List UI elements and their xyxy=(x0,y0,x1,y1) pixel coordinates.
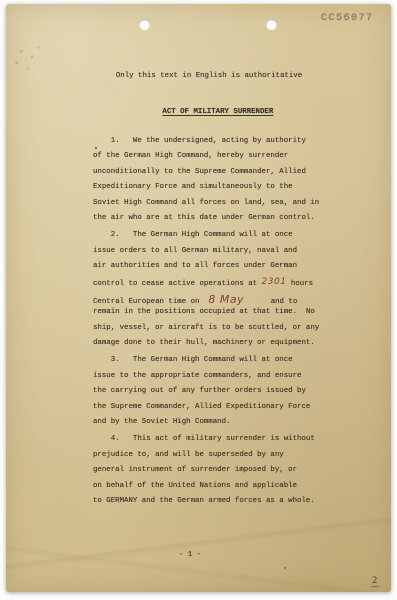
text-line: the air who are at this date under Germa… xyxy=(93,214,327,229)
typed-text: the air who are at this date under Germa… xyxy=(93,214,315,222)
typed-text: 2. The German High Command will at once xyxy=(93,231,293,239)
handwritten-text: 8 May xyxy=(208,293,244,306)
text-line: Central European time on 8 May and to xyxy=(93,293,327,308)
text-line: issue orders to all German military, nav… xyxy=(93,247,327,262)
text-line: air authorities and to all forces under … xyxy=(93,262,327,277)
page-number: - 1 - xyxy=(160,551,220,559)
text-line: unconditionally to the Supreme Commander… xyxy=(93,168,327,183)
typed-text: hours xyxy=(286,280,313,288)
text-line: on behalf of the United Nations and appl… xyxy=(93,482,327,497)
typed-text: issue to the appropriate commanders, and… xyxy=(93,372,301,380)
typed-text: damage done to their hull, machinery or … xyxy=(93,339,315,347)
typed-text: the Supreme Commander, Allied Expedition… xyxy=(93,403,310,411)
paragraph: 3. The German High Command will at oncei… xyxy=(93,356,327,433)
document-title-text: ACT OF MILITARY SURRENDER xyxy=(162,108,273,116)
text-line: control to cease active operations at 23… xyxy=(93,278,327,293)
text-line: ship, vessel, or aircraft is to be scutt… xyxy=(93,324,327,339)
text-line: prejudice to, and will be superseded by … xyxy=(93,451,327,466)
text-line: the carrying out of any further orders i… xyxy=(93,387,327,402)
typed-text: of the German High Command, hereby surre… xyxy=(93,152,288,160)
typed-text: Expeditionary Force and simultaneously t… xyxy=(93,183,293,191)
typed-text: prejudice to, and will be superseded by … xyxy=(93,451,284,459)
reference-number-stamp: CC56077 xyxy=(321,13,374,24)
paragraph: 1. We the undersigned, acting by authori… xyxy=(93,137,327,229)
text-line: and by the Soviet High Command. xyxy=(93,418,327,433)
typed-text: to GERMANY and the German armed forces a… xyxy=(93,497,315,505)
text-line: 4. This act of military surrender is wit… xyxy=(93,435,327,450)
typed-text: control to cease active operations at xyxy=(93,280,262,288)
typed-text: general instrument of surrender imposed … xyxy=(93,466,297,474)
text-line: remain in the positions occupied at that… xyxy=(93,308,327,323)
paragraph: 2. The German High Command will at oncei… xyxy=(93,231,327,354)
typed-text: 4. This act of military surrender is wit… xyxy=(93,435,315,443)
text-line: damage done to their hull, machinery or … xyxy=(93,339,327,354)
text-line: Soviet High Command all forces on land, … xyxy=(93,199,327,214)
handwritten-text: 2301 xyxy=(262,277,287,287)
smudge-mark xyxy=(8,40,52,78)
typed-text: issue orders to all German military, nav… xyxy=(93,247,297,255)
text-line: general instrument of surrender imposed … xyxy=(93,466,327,481)
text-line: to GERMANY and the German armed forces a… xyxy=(93,497,327,512)
text-line: 2. The German High Command will at once xyxy=(93,231,327,246)
typed-text: remain in the positions occupied at that… xyxy=(93,308,315,316)
typed-text: on behalf of the United Nations and appl… xyxy=(93,482,297,490)
typed-text: Central European time on xyxy=(93,298,208,306)
punch-hole-left xyxy=(139,19,150,30)
typed-text: Soviet High Command all forces on land, … xyxy=(93,199,319,207)
ink-speck xyxy=(284,567,286,569)
text-line: Expeditionary Force and simultaneously t… xyxy=(93,183,327,198)
text-line: 3. The German High Command will at once xyxy=(93,356,327,371)
typed-text: the carrying out of any further orders i… xyxy=(93,387,306,395)
typed-text: 3. The German High Command will at once xyxy=(93,356,293,364)
text-line: issue to the appropriate commanders, and… xyxy=(93,372,327,387)
paragraph: 4. This act of military surrender is wit… xyxy=(93,435,327,512)
typed-text: and by the Soviet High Command. xyxy=(93,418,231,426)
text-line: of the German High Command, hereby surre… xyxy=(93,152,327,167)
document-scan: CC56077 Only this text in English is aut… xyxy=(0,0,397,600)
document-title: ACT OF MILITARY SURRENDER xyxy=(89,100,329,124)
text-line: the Supreme Commander, Allied Expedition… xyxy=(93,403,327,418)
typed-text: 1. We the undersigned, acting by authori… xyxy=(93,137,306,145)
text-line: 1. We the undersigned, acting by authori… xyxy=(93,137,327,152)
typed-text: air authorities and to all forces under … xyxy=(93,262,297,270)
document-body: 1. We the undersigned, acting by authori… xyxy=(93,137,327,512)
typed-text: unconditionally to the Supreme Commander… xyxy=(93,168,306,176)
pencil-mark: 2 xyxy=(371,576,379,588)
typed-text: ship, vessel, or aircraft is to be scutt… xyxy=(93,324,319,332)
authority-note: Only this text in English is authoritati… xyxy=(89,72,329,80)
punch-hole-right xyxy=(266,19,277,30)
typed-text: and to xyxy=(244,298,297,306)
